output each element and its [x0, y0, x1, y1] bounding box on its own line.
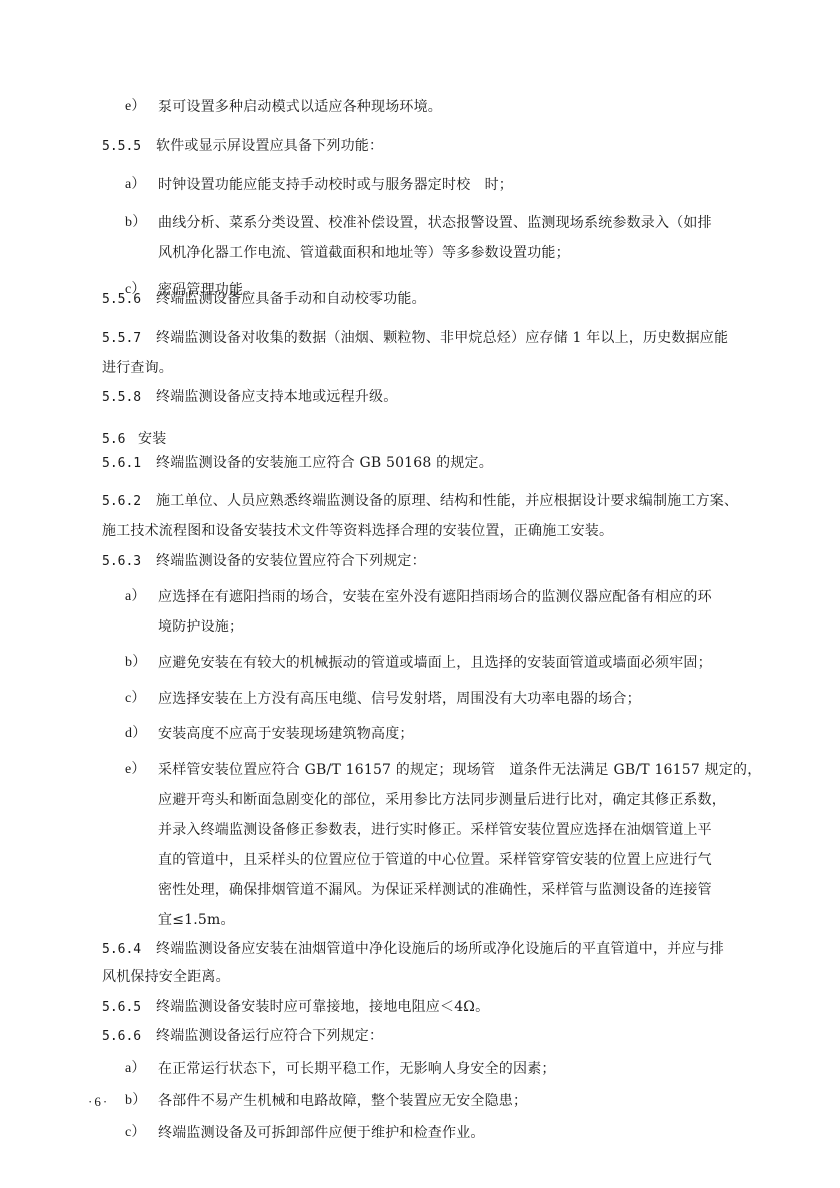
clause-number: 5.5.6 — [102, 285, 156, 315]
clause-text: 终端监测设备运行应符合下列规定： — [156, 1028, 383, 1044]
list-text: 曲线分析、菜系分类设置、校准补偿设置，状态报警设置、监测现场系统参数录入（如排 — [158, 208, 712, 238]
list-item-continuation: 境防护设施； — [158, 612, 736, 642]
clause-5-6-6: 5.6.6终端监测设备运行应符合下列规定： — [102, 1021, 736, 1052]
clause-text: 终端监测设备应安装在油烟管道中净化设施后的场所或净化设施后的平直管道中，并应与排 — [156, 941, 724, 957]
clause-number: 5.6.4 — [102, 935, 156, 965]
list-marker: a） — [125, 582, 155, 612]
clause-number: 5.6.1 — [102, 449, 156, 479]
clause-continuation: 风机保持安全距离。 — [102, 962, 736, 992]
clause-number: 5.6.2 — [102, 487, 156, 517]
list-text: 安装高度不应高于安装现场建筑物高度； — [158, 719, 414, 749]
clause-number: 5.5.5 — [102, 132, 156, 162]
clause-5-6-4: 5.6.4终端监测设备应安装在油烟管道中净化设施后的场所或净化设施后的平直管道中… — [102, 934, 736, 965]
clause-text: 终端监测设备应支持本地或远程升级。 — [156, 389, 397, 405]
document-page: e） 泵可设置多种启动模式以适应各种现场环境。 5.5.5软件或显示屏设置应具备… — [0, 0, 840, 1188]
clause-number: 5.5.8 — [102, 383, 156, 413]
clause-5-5-5: 5.5.5软件或显示屏设置应具备下列功能： — [102, 131, 736, 162]
list-item-continuation: 密性处理，确保排烟管道不漏风。为保证采样测试的准确性，采样管与监测设备的连接管 — [158, 875, 736, 905]
clause-text: 终端监测设备应具备手动和自动校零功能。 — [156, 291, 426, 307]
list-marker: a） — [125, 170, 155, 200]
clause-5-6-1: 5.6.1终端监测设备的安装施工应符合 GB 50168 的规定。 — [102, 448, 736, 479]
clause-5-5-7: 5.5.7终端监测设备对收集的数据（油烟、颗粒物、非甲烷总烃）应存储 1 年以上… — [102, 323, 736, 354]
list-item-continuation: 应避开弯头和断面急剧变化的部位，采用参比方法同步测量后进行比对，确定其修正系数， — [158, 785, 736, 815]
clause-5-6-2: 5.6.2施工单位、人员应熟悉终端监测设备的原理、结构和性能，并应根据设计要求编… — [102, 486, 736, 517]
list-marker: c） — [125, 684, 155, 714]
list-text: 各部件不易产生机械和电路故障，整个装置应无安全隐患； — [158, 1086, 527, 1116]
list-marker: d） — [125, 719, 155, 749]
clause-text: 终端监测设备安装时应可靠接地，接地电阻应＜4Ω。 — [156, 999, 489, 1015]
list-marker: b） — [125, 208, 155, 238]
list-item-continuation: 风机净化器工作电流、管道截面积和地址等）等多参数设置功能； — [158, 238, 736, 268]
clause-5-5-8: 5.5.8终端监测设备应支持本地或远程升级。 — [102, 382, 736, 413]
list-marker: b） — [125, 1086, 155, 1116]
clause-continuation: 进行查询。 — [102, 353, 736, 383]
clause-text: 终端监测设备对收集的数据（油烟、颗粒物、非甲烷总烃）应存储 1 年以上，历史数据… — [156, 330, 728, 346]
list-marker: e） — [125, 92, 155, 122]
list-text: 终端监测设备及可拆卸部件应便于维护和检查作业。 — [158, 1118, 485, 1148]
list-text: 采样管安装位置应符合 GB/T 16157 的规定；现场管 道条件无法满足 GB… — [158, 755, 761, 785]
clause-text: 终端监测设备的安装位置应符合下列规定： — [156, 553, 426, 569]
section-title: 安装 — [138, 431, 166, 447]
clause-text: 终端监测设备的安装施工应符合 GB 50168 的规定。 — [156, 455, 493, 471]
clause-text: 施工单位、人员应熟悉终端监测设备的原理、结构和性能，并应根据设计要求编制施工方案… — [156, 493, 738, 509]
clause-5-6-5: 5.6.5终端监测设备安装时应可靠接地，接地电阻应＜4Ω。 — [102, 992, 736, 1023]
clause-5-6-3: 5.6.3终端监测设备的安装位置应符合下列规定： — [102, 546, 736, 577]
list-item-continuation: 宜≤1.5m。 — [158, 905, 736, 935]
list-marker: e） — [125, 755, 155, 785]
clause-continuation: 施工技术流程图和设备安装技术文件等资料选择合理的安装位置，正确施工安装。 — [102, 516, 736, 546]
list-marker: c） — [125, 1118, 155, 1148]
list-item-continuation: 直的管道中，且采样头的位置应位于管道的中心位置。采样管穿管安装的位置上应进行气 — [158, 845, 736, 875]
list-text: 应选择安装在上方没有高压电缆、信号发射塔，周围没有大功率电器的场合； — [158, 684, 641, 714]
clause-number: 5.5.7 — [102, 324, 156, 354]
list-text: 在正常运行状态下，可长期平稳工作，无影响人身安全的因素； — [158, 1054, 556, 1084]
clause-text: 软件或显示屏设置应具备下列功能： — [156, 138, 383, 154]
list-text: 时钟设置功能应能支持手动校时或与服务器定时校 时； — [158, 170, 513, 200]
page-number: ·6· — [88, 1094, 109, 1110]
clause-number: 5.6.5 — [102, 993, 156, 1023]
list-marker: b） — [125, 648, 155, 678]
list-text: 应选择在有遮阳挡雨的场合，安装在室外没有遮阳挡雨场合的监测仪器应配备有相应的环 — [158, 582, 712, 612]
clause-5-5-6-text: 5.5.6终端监测设备应具备手动和自动校零功能。 — [102, 284, 736, 315]
clause-number: 5.6.6 — [102, 1022, 156, 1052]
list-item-continuation: 并录入终端监测设备修正参数表，进行实时修正。采样管安装位置应选择在油烟管道上平 — [158, 815, 736, 845]
list-text: 泵可设置多种启动模式以适应各种现场环境。 — [158, 92, 442, 122]
list-text: 应避免安装在有较大的机械振动的管道或墙面上，且选择的安装面管道或墙面必须牢固； — [158, 648, 712, 678]
clause-number: 5.6.3 — [102, 547, 156, 577]
list-marker: a） — [125, 1054, 155, 1084]
